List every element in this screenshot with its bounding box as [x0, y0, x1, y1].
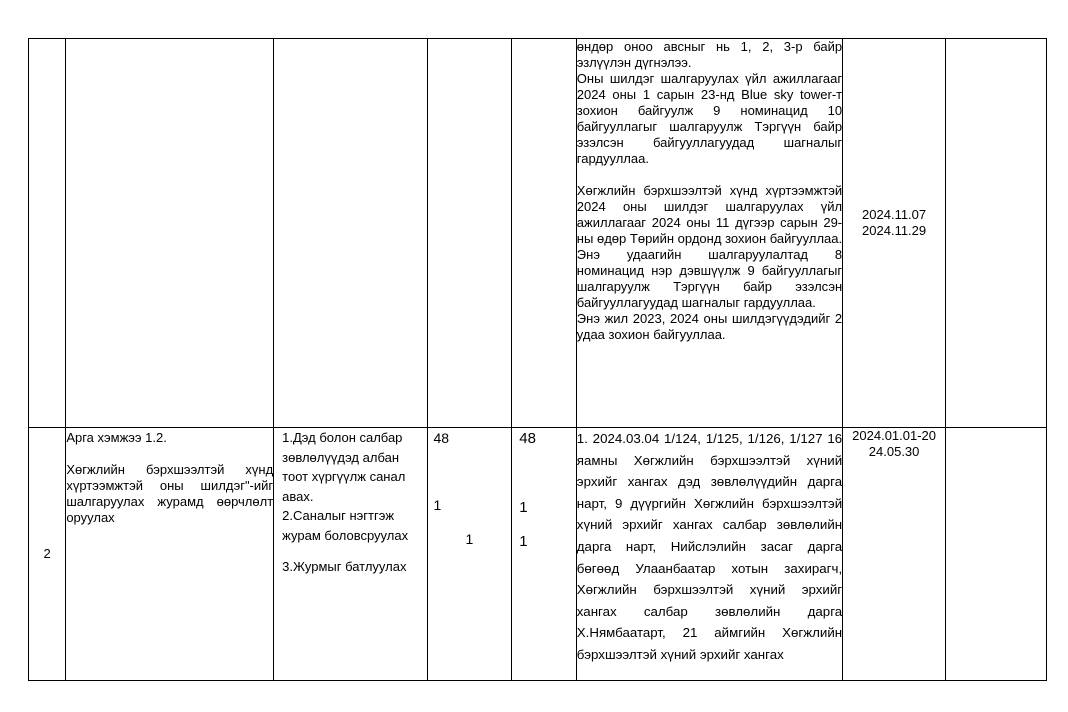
table-row: 2 Арга хэмжээ 1.2. Хөгжлийн бэрхшээлтэй … [29, 428, 1047, 681]
date-end: 2024.11.29 [843, 223, 945, 239]
description-cell: өндөр оноо авсныг нь 1, 2, 3-р байр эзлү… [576, 39, 842, 428]
actual-cell [512, 39, 577, 428]
note-cell [946, 428, 1047, 681]
planned-value: 1 [466, 531, 474, 547]
description-paragraph: 1. 2024.03.04 1/124, 1/125, 1/126, 1/127… [577, 428, 842, 666]
actual-value: 1 [519, 534, 527, 550]
description-cell: 1. 2024.03.04 1/124, 1/125, 1/126, 1/127… [576, 428, 842, 681]
description-paragraph: Оны шилдэг шалгаруулах үйл ажиллагааг 20… [577, 71, 842, 167]
note-cell [946, 39, 1047, 428]
description-paragraph: Энэ жил 2023, 2024 оны шилдэгүүдэдийг 2 … [577, 311, 842, 343]
description-paragraph: Хөгжлийн бэрхшээлтэй хүнд хүртээмжтэй 20… [577, 183, 842, 311]
steps-cell: 1.Дэд болон салбар зөвлөлүүдэд албан тоо… [274, 428, 427, 681]
activity-title: Арга хэмжээ 1.2. [66, 430, 273, 446]
actual-value: 48 [519, 431, 536, 447]
planned-value: 1 [434, 497, 442, 513]
date-start: 2024.11.07 [843, 207, 945, 223]
report-table: өндөр оноо авсныг нь 1, 2, 3-р байр эзлү… [28, 38, 1047, 681]
planned-value: 48 [434, 430, 450, 446]
step-item: 3.Журмыг батлуулах [282, 557, 422, 577]
dates-cell: 2024.11.07 2024.11.29 [843, 39, 946, 428]
activity-cell [66, 39, 274, 428]
table-row: өндөр оноо авсныг нь 1, 2, 3-р байр эзлү… [29, 39, 1047, 428]
date-range: 2024.01.01-2024.05.30 [851, 428, 937, 460]
dates-cell: 2024.01.01-2024.05.30 [843, 428, 946, 681]
actual-cell: 48 1 1 [512, 428, 577, 681]
description-paragraph: өндөр оноо авсныг нь 1, 2, 3-р байр эзлү… [577, 39, 842, 71]
document-page: өндөр оноо авсныг нь 1, 2, 3-р байр эзлү… [0, 0, 1068, 712]
step-item: 2.Саналыг нэгтгэж журам боловсруулах [282, 506, 422, 545]
row-number-cell [29, 39, 66, 428]
steps-cell [274, 39, 427, 428]
activity-cell: Арга хэмжээ 1.2. Хөгжлийн бэрхшээлтэй хү… [66, 428, 274, 681]
activity-text: Хөгжлийн бэрхшээлтэй хүнд хүртээмжтэй он… [66, 462, 273, 526]
row-number-cell: 2 [29, 428, 66, 681]
actual-value: 1 [519, 500, 527, 516]
step-item: 1.Дэд болон салбар зөвлөлүүдэд албан тоо… [282, 428, 422, 506]
planned-cell: 48 1 1 [427, 428, 512, 681]
planned-cell [427, 39, 512, 428]
